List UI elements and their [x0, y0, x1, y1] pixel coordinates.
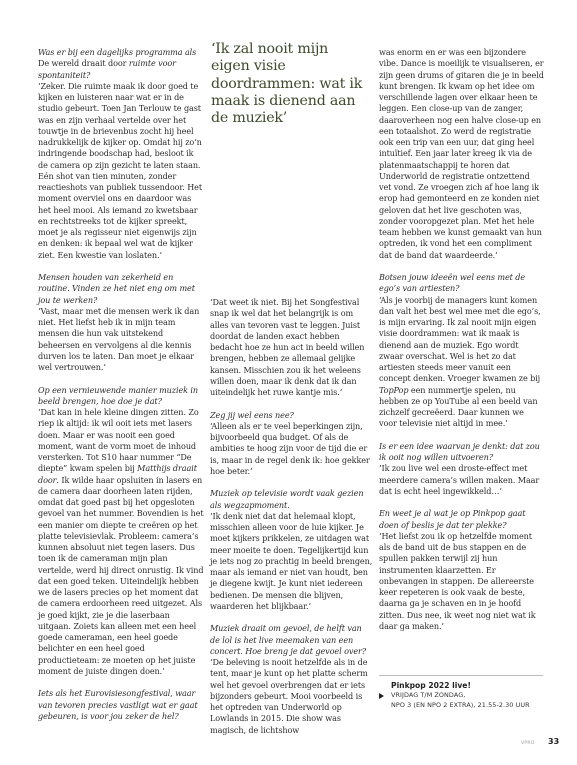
- play-arrow-icon: [379, 693, 384, 699]
- answer-5: ‘Alleen als er te veel beperkingen zijn,…: [210, 421, 370, 476]
- article-column-3: was enorm en er was een bijzondere vibe.…: [379, 47, 544, 643]
- answer-10: ‘Het liefst zou ik op hetzelfde moment a…: [379, 531, 536, 631]
- infobox-schedule-channel: NPO 3 (EN NPO 2 EXTRA), 21.55-2.30 UUR: [391, 700, 543, 711]
- qa-7: Muziek draait om gevoel, de helft van de…: [210, 623, 373, 736]
- page-number: 33: [548, 737, 559, 746]
- answer-7-continued: was enorm en er was een bijzondere vibe.…: [379, 47, 544, 261]
- question-1: Was er bij een dagelijks programma als D…: [38, 47, 205, 261]
- article-column-2: ‘Dat weet ik niet. Bij het Songfestival …: [210, 297, 373, 747]
- question-3: Op een vernieuwende manier muziek in bee…: [38, 385, 205, 408]
- infobox-title: Pinkpop 2022 live!: [391, 681, 543, 690]
- question-6: Muziek op televisie wordt vaak gezien al…: [210, 488, 373, 511]
- question-7: Muziek draait om gevoel, de helft van de…: [210, 623, 373, 657]
- question-5: Zeg jij wel eens nee?: [210, 410, 373, 421]
- question-4: Iets als het Eurovisiesongfestival, waar…: [38, 688, 205, 722]
- answer-2: ‘Vast, maar met die mensen werk ik dan n…: [38, 306, 199, 372]
- qa-4-answer: ‘Dat weet ik niet. Bij het Songfestival …: [210, 297, 373, 398]
- pull-quote: ‘Ik zal nooit mijn eigen visie doordramm…: [211, 41, 369, 127]
- answer-8-programme: TopPop: [379, 385, 408, 395]
- answer-7: ‘De beleving is nooit hetzelfde als in d…: [210, 657, 368, 735]
- qa-5: Zeg jij wel eens nee? ‘Alleen als er te …: [210, 410, 373, 478]
- qa-6: Muziek op televisie wordt vaak gezien al…: [210, 488, 373, 612]
- answer-6: ‘Ik denk niet dat dat helemaal klopt, mi…: [210, 511, 372, 611]
- broadcast-infobox: Pinkpop 2022 live! VRIJDAG T/M ZONDAG, N…: [379, 675, 543, 710]
- question-2: Mensen houden van zekerheid en routine. …: [38, 272, 205, 306]
- answer-8-a: ‘Als je voorbij de managers kunt komen d…: [379, 295, 541, 384]
- question-1-italic-a: Was er bij een dagelijks programma als: [38, 47, 196, 57]
- answer-9: ‘Ik zou live wel een droste-effect met m…: [379, 463, 539, 496]
- answer-7-continued-text: was enorm en er was een bijzondere vibe.…: [379, 47, 544, 260]
- qa-4: Iets als het Eurovisiesongfestival, waar…: [38, 688, 205, 722]
- question-10: En weet je al wat je op Pinkpop gaat doe…: [379, 508, 544, 531]
- question-9: Is er een idee waarvan je denkt: dat zou…: [379, 441, 544, 464]
- answer-3-b: . Ik wilde haar opsluiten in lasers en d…: [38, 475, 203, 676]
- programme-title: De wereld draait door: [38, 58, 126, 68]
- qa-3: Op een vernieuwende manier muziek in bee…: [38, 385, 205, 678]
- qa-2: Mensen houden van zekerheid en routine. …: [38, 272, 205, 373]
- qa-9: Is er een idee waarvan je denkt: dat zou…: [379, 441, 544, 497]
- question-8: Botsen jouw ideeën wel eens met de ego’s…: [379, 272, 544, 295]
- magazine-logo: VPRO: [521, 741, 535, 746]
- answer-4: ‘Dat weet ik niet. Bij het Songfestival …: [210, 297, 364, 397]
- qa-8: Botsen jouw ideeën wel eens met de ego’s…: [379, 272, 544, 430]
- article-column-1: Was er bij een dagelijks programma als D…: [38, 47, 205, 733]
- answer-1: ‘Zeker. Die ruimte maak ik door goed te …: [38, 81, 202, 260]
- qa-10: En weet je al wat je op Pinkpop gaat doe…: [379, 508, 544, 632]
